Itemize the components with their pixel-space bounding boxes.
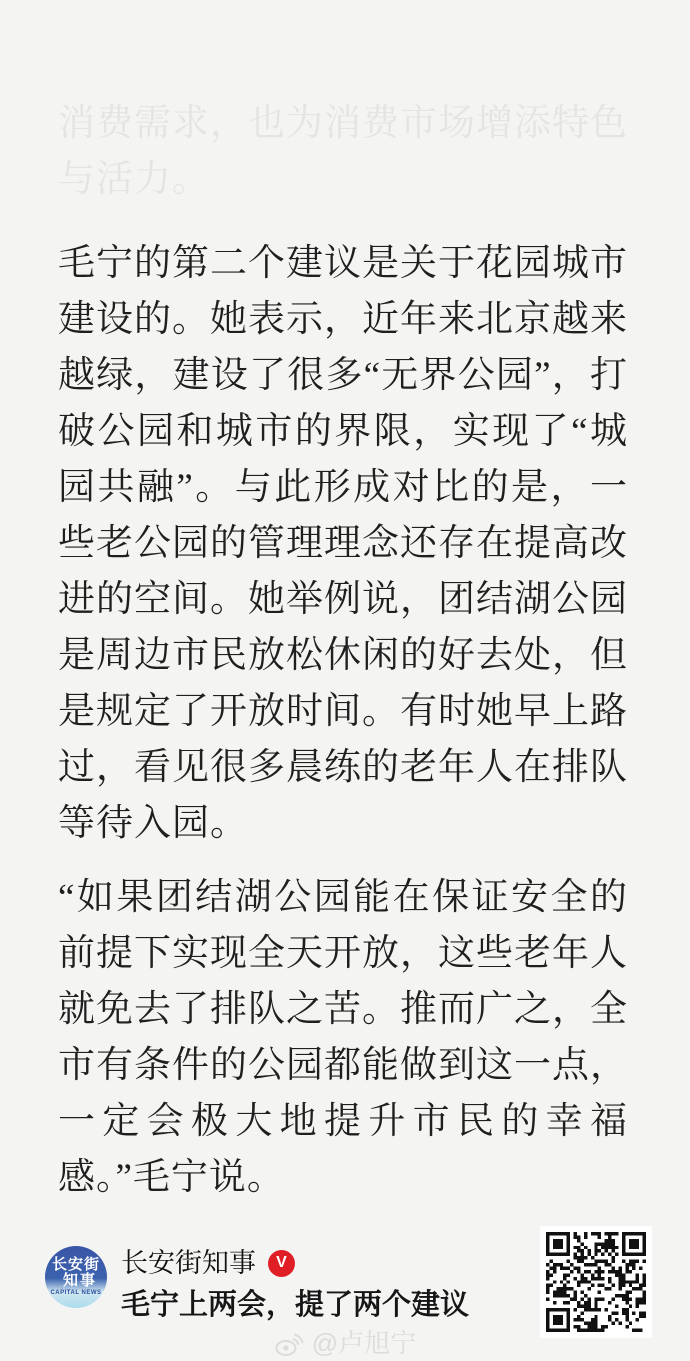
previous-paragraph-faded: 消费需求，也为消费市场增添特色与活力。 (58, 96, 628, 208)
qr-code-canvas (546, 1232, 646, 1332)
account-name: 长安街知事 (121, 1248, 256, 1278)
article-title: 毛宁上两会，提了两个建议 (121, 1289, 469, 1321)
account-name-row: 长安街知事 V (121, 1248, 469, 1278)
publisher-footer: 长安街 知事 CAPITAL NEWS 长安街知事 V 毛宁上两会，提了两个建议 (45, 1246, 525, 1321)
article-body: 消费需求，也为消费市场增添特色与活力。 毛宁的第二个建议是关于花园城市建设的。她… (0, 0, 690, 1206)
weibo-watermark: @卢旭宁 (0, 1328, 690, 1359)
paragraph-quote: “如果团结湖公园能在保证安全的前提下实现全天开放，这些老年人就免去了排队之苦。推… (58, 870, 628, 1206)
verified-badge-icon: V (268, 1250, 295, 1277)
avatar-text-line2: 知事 (63, 1273, 97, 1289)
publisher-avatar: 长安街 知事 CAPITAL NEWS (45, 1246, 107, 1308)
publisher-info: 长安街知事 V 毛宁上两会，提了两个建议 (121, 1246, 469, 1321)
weibo-logo-icon (274, 1329, 304, 1359)
avatar-text-line3: CAPITAL NEWS (50, 1289, 101, 1297)
avatar-text-line1: 长安街 (52, 1257, 100, 1273)
watermark-text: @卢旭宁 (312, 1328, 416, 1358)
qr-code (540, 1226, 652, 1338)
paragraph-garden-city: 毛宁的第二个建议是关于花园城市建设的。她表示，近年来北京越来越绿，建设了很多“无… (58, 236, 628, 852)
